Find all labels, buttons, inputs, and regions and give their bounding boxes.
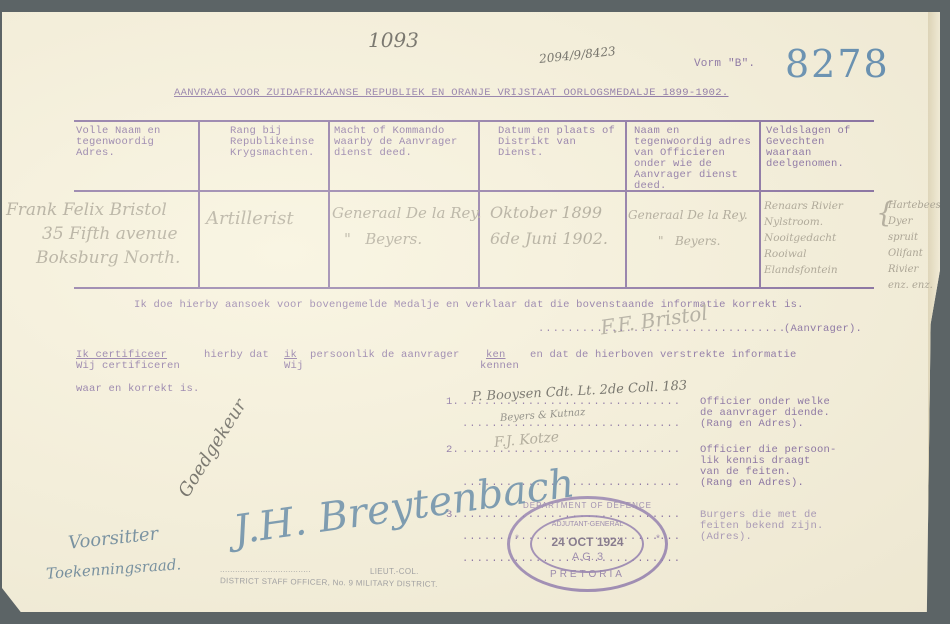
chairman-title: Voorsitter [67, 523, 159, 553]
stamp-code: A.G. 3 [510, 551, 665, 563]
applicant-town: Boksburg North. [6, 246, 180, 270]
applicant-street: 35 Fifth avenue [6, 222, 180, 246]
battle-line: Nooitgedacht [764, 230, 843, 246]
cell-battles-extra: Hartebeest Dyer spruit Olifant Rivier en… [888, 198, 945, 294]
star-icon: * [514, 535, 520, 546]
applicant-name: Frank Felix Bristol [6, 198, 180, 222]
officer-line: " Beyers. [628, 228, 748, 254]
label-line: (Adres). [700, 532, 824, 543]
table-divider [759, 120, 761, 289]
table-divider [625, 120, 627, 289]
applicant-signature-line: .................................. [538, 324, 786, 335]
battle-line: Nylstroom. [764, 214, 843, 230]
stamp-date: 24 OCT 1924 [510, 535, 665, 549]
battle-line: Dyer spruit [888, 214, 945, 246]
table-bottom-border [74, 287, 874, 289]
battle-line: Olifant Rivier [888, 246, 945, 278]
cell-command: Generaal De la Rey. " Beyers. [332, 200, 482, 252]
cert-waar: waar en korrekt is. [76, 384, 200, 395]
command-line: " Beyers. [332, 226, 482, 252]
cell-battles: Renaars Rivier Nylstroom. Nooitgedacht R… [764, 198, 843, 278]
table-divider [328, 120, 330, 289]
cert-kennen: kennen [480, 361, 519, 372]
column-header-command: Macht of Kommando waarby de Aanvrager di… [334, 126, 476, 159]
cell-date: Oktober 1899 6de Juni 1902. [490, 200, 608, 252]
battle-line: Elandsfontein [764, 262, 843, 278]
cert-hierby: hierby dat [204, 350, 269, 361]
date-start: Oktober 1899 [490, 200, 608, 226]
approved-note: Goedgekeur [174, 395, 251, 501]
awards-board: Toekenningsraad. [46, 555, 182, 582]
form-label: Vorm "B". [694, 59, 755, 70]
column-header-rank: Rang bij Republikeinse Krygsmachten. [230, 126, 326, 159]
column-header-name: Volle Naam en tegenwoordig Adres. [76, 126, 194, 159]
battle-line: Renaars Rivier [764, 198, 843, 214]
cell-rank: Artillerist [206, 208, 294, 229]
cert-informatie: en dat de hierboven verstrekte informati… [530, 350, 797, 361]
cell-applicant-name: Frank Felix Bristol 35 Fifth avenue Boks… [6, 198, 180, 270]
cell-officers: Generaal De la Rey. " Beyers. [628, 202, 748, 254]
officer-2-label: Officier die persoon- lik kennis draagt … [700, 445, 837, 489]
file-number: 2094/9/8423 [538, 44, 616, 66]
cert-persoonlik: persoonlik de aanvrager [310, 350, 460, 361]
cert-wij: Wij certificeren [76, 361, 180, 372]
date-end: 6de Juni 1902. [490, 226, 608, 252]
battle-line: enz. enz. [888, 278, 945, 294]
form-title: AANVRAAG VOOR ZUIDAFRIKAANSE REPUBLIEK E… [174, 88, 729, 99]
table-top-border [74, 120, 874, 122]
archive-number: 8278 [785, 42, 890, 86]
battle-line: Hartebeest [888, 198, 945, 214]
command-line: Generaal De la Rey. [332, 200, 482, 226]
officer-1-line-2: .............................. [462, 419, 681, 430]
officer-2-number: 2. [446, 445, 459, 456]
officer-1-label: Officier onder welke de aanvrager diende… [700, 397, 830, 430]
star-icon: * [655, 535, 661, 546]
stamp-pretoria: PRETORIA [510, 569, 665, 580]
stamp-adjutant: ADJUTANT-GENERAL [510, 521, 665, 528]
officer-line: Generaal De la Rey. [628, 202, 748, 228]
label-line: (Rang en Adres). [700, 478, 837, 489]
column-header-date: Datum en plaats of Distrikt van Dienst. [498, 126, 618, 159]
column-header-officers: Naam en tegenwoordig adres van Officiere… [634, 126, 756, 192]
document-sheet: 1093 2094/9/8423 Vorm "B". 8278 AANVRAAG… [2, 12, 940, 612]
label-line: (Rang en Adres). [700, 419, 830, 430]
applicant-label: (Aanvrager). [784, 324, 862, 335]
column-header-battles: Veldslagen of Gevechten waaraan deelgeno… [766, 126, 876, 170]
cert-wij-2: Wij [284, 361, 304, 372]
battle-line: Rooiwal [764, 246, 843, 262]
district-officer-rank: LIEUT.-COL. [370, 567, 419, 576]
paper-edge [928, 12, 940, 612]
district-officer-title: DISTRICT STAFF OFFICER, No. 9 MILITARY D… [220, 576, 438, 589]
table-divider [198, 120, 200, 289]
officer-1-number: 1. [446, 397, 459, 408]
district-officer-line: .................................... [220, 565, 311, 574]
officer-3-label: Burgers die met de feiten bekend zijn. (… [700, 510, 824, 543]
reference-number: 1093 [368, 28, 419, 52]
